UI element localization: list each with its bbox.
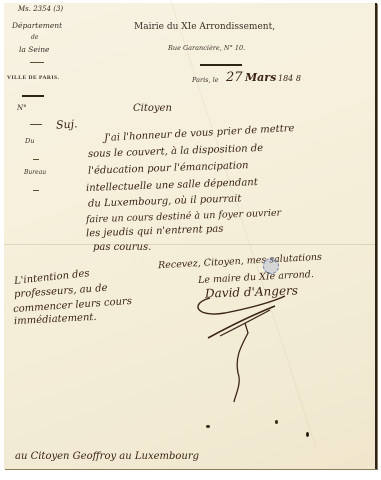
salutation-text: Citoyen — [133, 103, 172, 114]
ink-spot — [275, 420, 278, 424]
letterhead-address: Rue Garancière, N° 10. — [168, 44, 245, 52]
addressee-line: au Citoyen Geoffroy au Luxembourg — [15, 451, 199, 462]
letterhead-rule — [22, 95, 44, 97]
letterhead-rule — [30, 62, 44, 63]
letterhead-rule — [30, 124, 42, 125]
date-month: Mars — [245, 71, 276, 84]
body-line: pas courus. — [93, 242, 151, 253]
letterhead-rule — [33, 190, 39, 191]
signature-flourish-icon — [190, 278, 310, 403]
ink-spot — [206, 425, 210, 428]
ink-spot — [306, 432, 309, 437]
date-day: 27 — [226, 70, 243, 85]
letterhead-rule — [33, 159, 39, 160]
letterhead-du-label: Du — [25, 137, 34, 145]
letterhead-de: de — [31, 34, 38, 41]
margin-note-subject: Suj. — [56, 117, 78, 131]
letterhead-mairie: Mairie du XIe Arrondissement, — [134, 22, 275, 32]
letterhead-department: Département — [12, 21, 62, 30]
letterhead-no-label: N° — [17, 104, 27, 112]
letterhead-la-seine: la Seine — [19, 45, 50, 54]
date-prefix: Paris, le — [192, 76, 219, 84]
archive-reference: Ms. 2354 (3) — [18, 5, 63, 13]
letterhead-rule — [200, 64, 242, 66]
fold-crease — [4, 244, 375, 245]
letterhead-bureau-label: Bureau — [24, 169, 46, 176]
letterhead-ville: VILLE DE PARIS. — [7, 75, 59, 81]
date-year: 184 8 — [278, 74, 301, 83]
